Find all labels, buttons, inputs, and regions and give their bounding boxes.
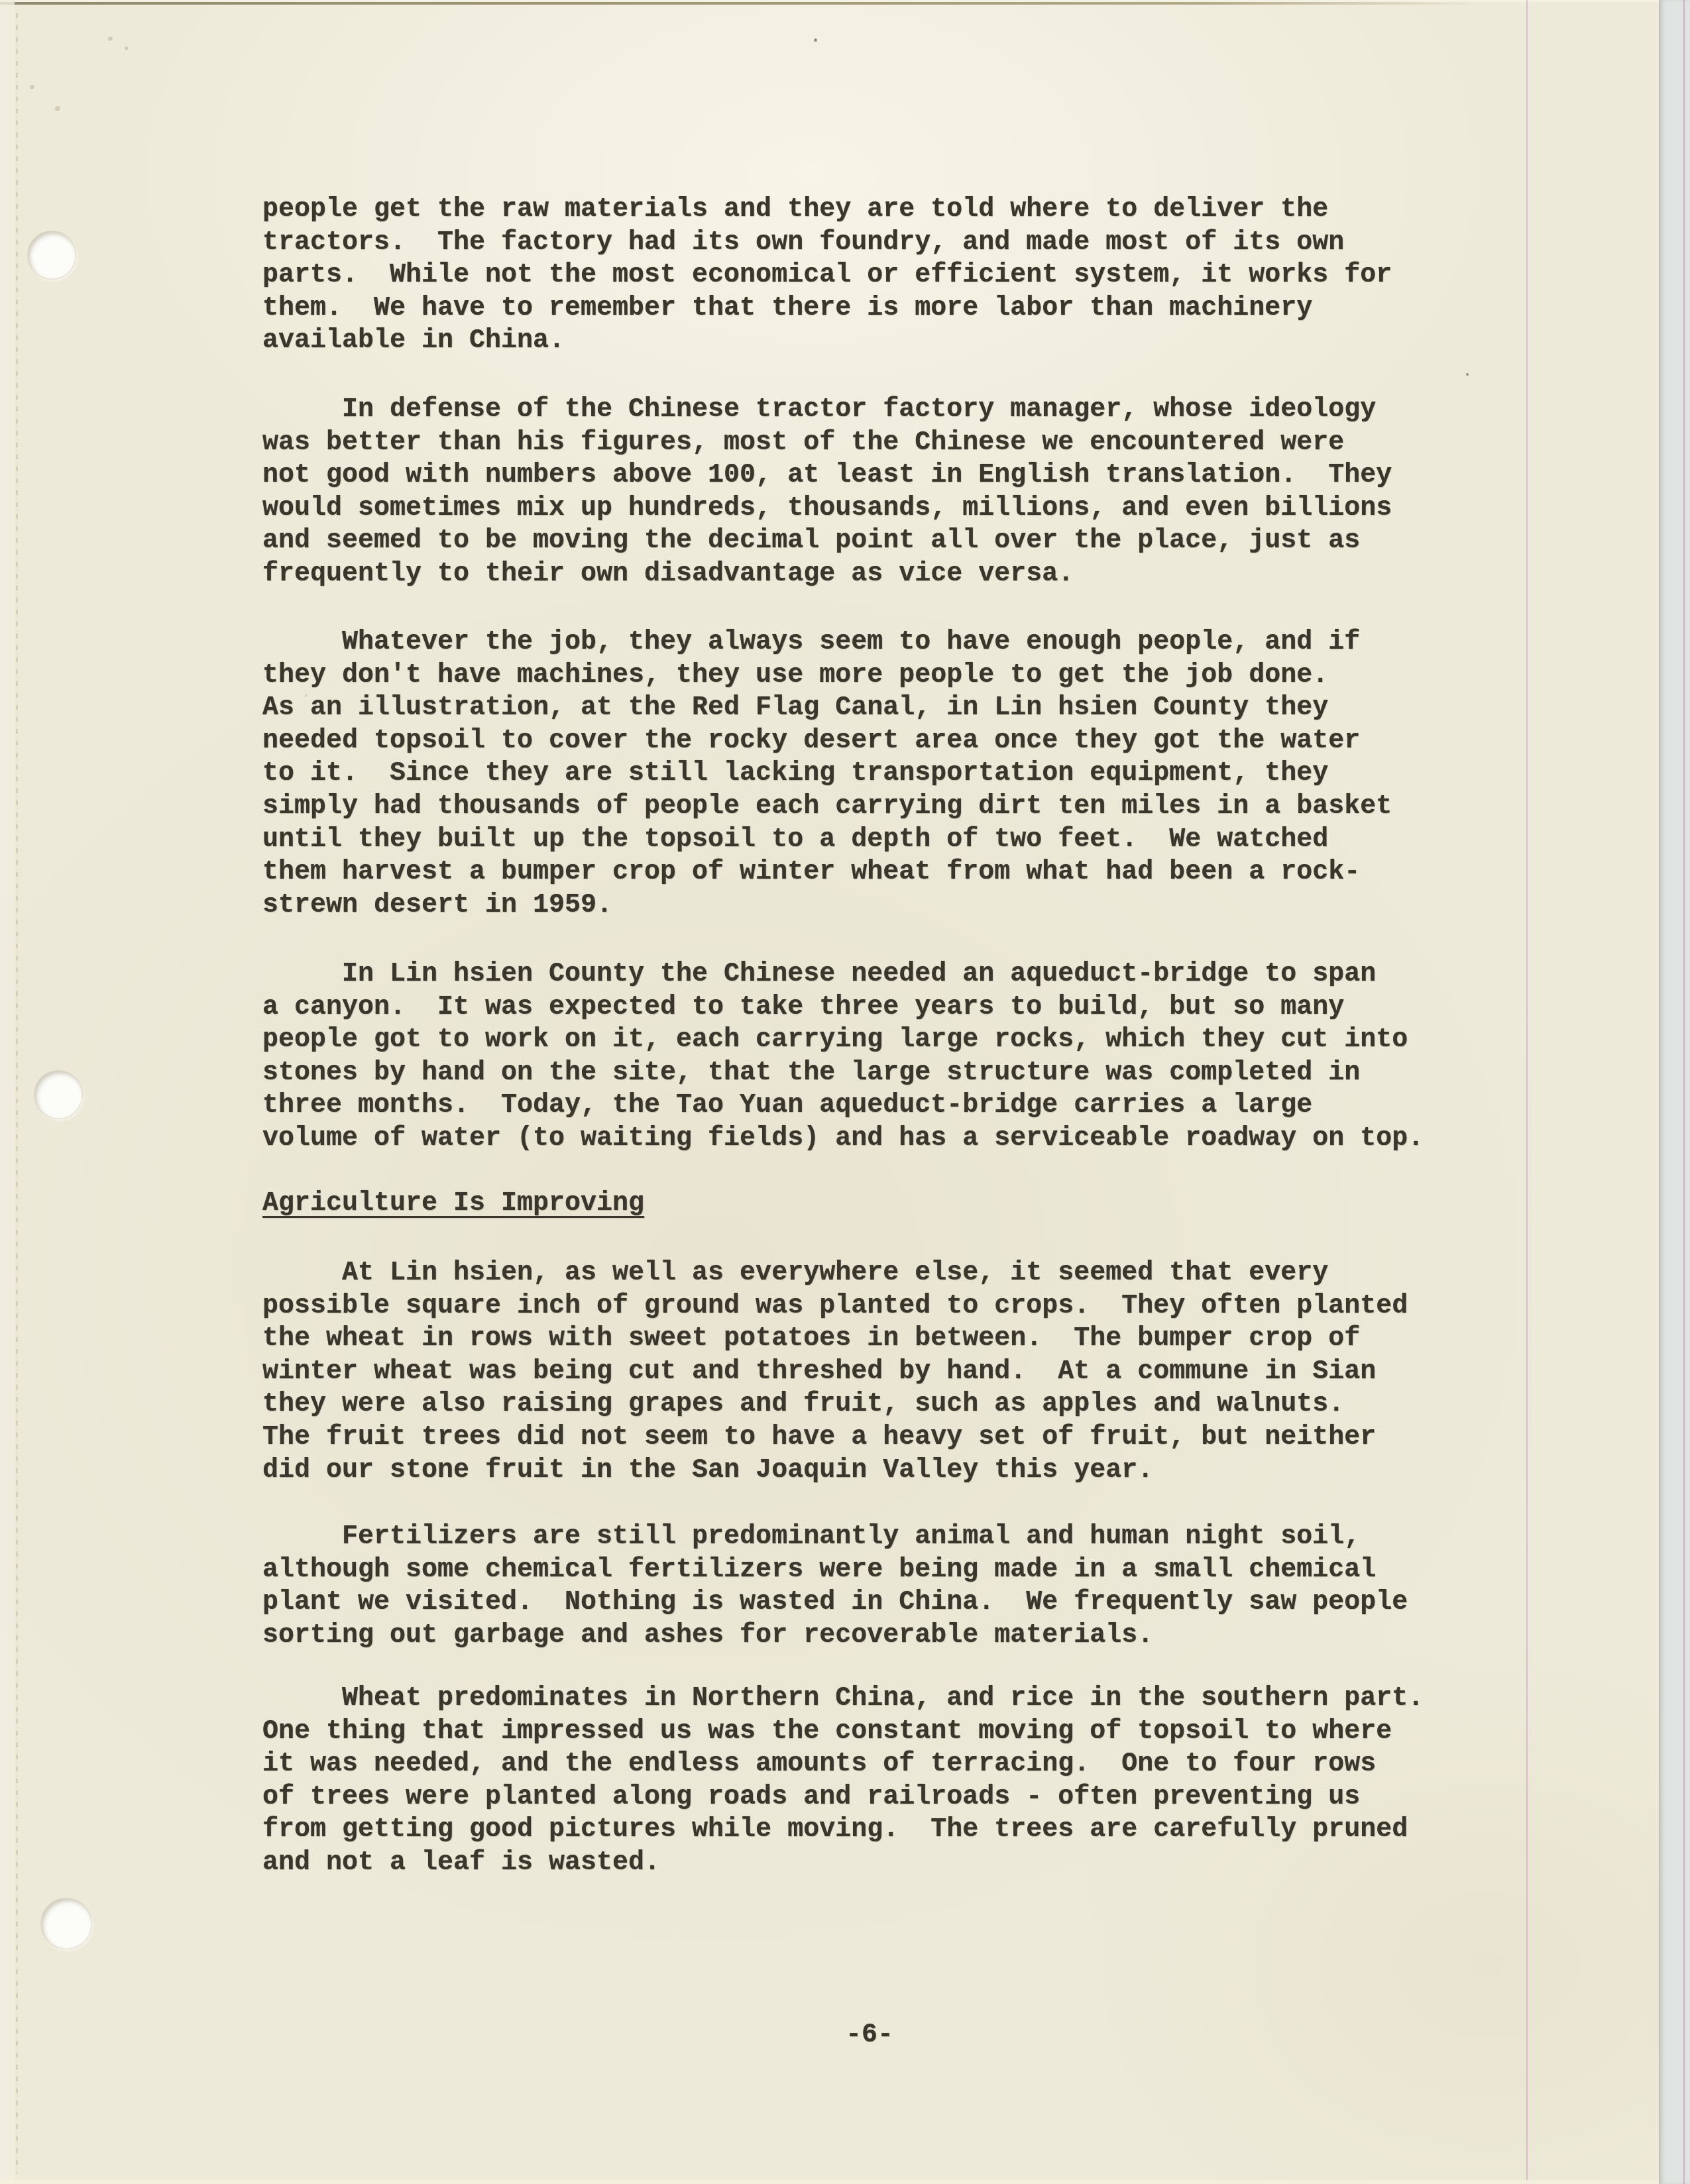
- paragraph-5: At Lin hsien, as well as everywhere else…: [262, 1257, 1408, 1487]
- paragraph-4: In Lin hsien County the Chinese needed a…: [262, 958, 1424, 1156]
- paragraph-3: Whatever the job, they always seem to ha…: [262, 626, 1392, 922]
- section-heading: Agriculture Is Improving: [262, 1187, 644, 1221]
- paragraph-7: Wheat predominates in Northern China, an…: [262, 1682, 1424, 1880]
- paragraph-6: Fertilizers are still predominantly anim…: [262, 1521, 1408, 1652]
- typewritten-text-layer: people get the raw materials and they ar…: [0, 0, 1690, 2184]
- page-number: -6-: [846, 2019, 893, 2052]
- scanned-page: people get the raw materials and they ar…: [0, 0, 1690, 2184]
- paragraph-2: In defense of the Chinese tractor factor…: [262, 394, 1392, 591]
- paragraph-1: people get the raw materials and they ar…: [262, 193, 1392, 358]
